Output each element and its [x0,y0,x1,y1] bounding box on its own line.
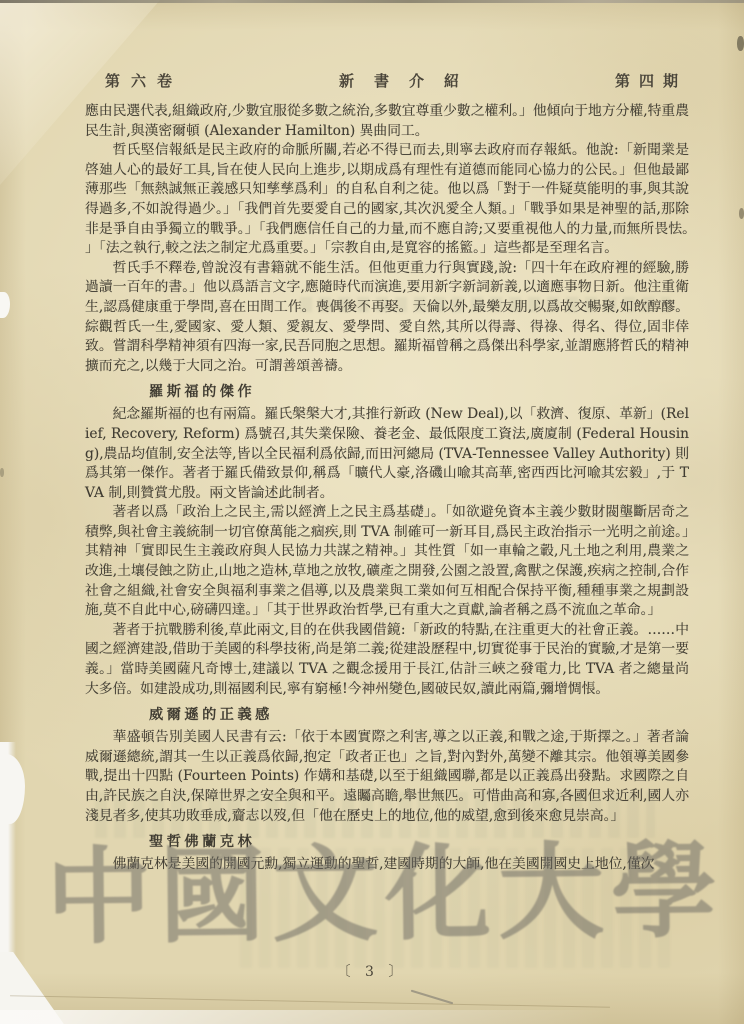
scan-speck [737,36,744,51]
page-content: 第六卷 新書介紹 第四期 應由民選代表,組織政府,少數宜服從多數之統治,多數宜尊… [85,70,689,875]
body-paragraph: 哲氏手不釋卷,曾說沒有書籍就不能生活。但他更重力行與實踐,說:「四十年在政府裡的… [85,259,689,377]
heading-wilson-justice: 威爾遜的正義感 [149,705,689,725]
journal-issue: 第四期 [615,70,687,91]
heading-sage-franklin: 聖哲佛蘭克林 [149,832,689,852]
scan-edge-line [0,0,744,3]
article-body: 應由民選代表,組織政府,少數宜服從多數之統治,多數宜尊重少數之權利。」他傾向于地… [85,102,689,875]
journal-section-title: 新書介紹 [183,70,615,91]
body-paragraph: 著者于抗戰勝利後,草此兩文,目的在供我國借鏡:「新政的特點,在注重更大的社會正義… [85,621,689,699]
paper-edge [0,1010,744,1024]
scanned-page: 第六卷 新書介紹 第四期 應由民選代表,組織政府,少數宜服從多數之統治,多數宜尊… [0,0,744,1024]
body-paragraph-continuation: 應由民選代表,組織政府,少數宜服從多數之統治,多數宜尊重少數之權利。」他傾向于地… [85,102,689,141]
body-paragraph: 哲氏堅信報紙是民主政府的命脈所關,若必不得已而去,則寧去政府而存報紙。他說:「新… [85,141,689,259]
journal-volume: 第六卷 [105,70,183,91]
scan-speck [739,208,744,219]
heading-roosevelt-masterpiece: 羅斯福的傑作 [149,382,689,402]
scan-speck [0,468,4,477]
body-paragraph: 紀念羅斯福的也有兩篇。羅氏槃槃大才,其推行新政 (New Deal),以「救濟、… [85,405,689,503]
body-paragraph: 佛蘭克林是美國的開國元勳,獨立運動的聖哲,建國時期的大師,他在美國開國史上地位,… [85,855,689,875]
running-header: 第六卷 新書介紹 第四期 [85,70,689,91]
page-number: 〔 3 〕 [0,961,744,981]
body-paragraph: 華盛頓告別美國人民書有云:「依于本國實際之利害,導之以正義,和戰之途,于斯擇之。… [85,728,689,826]
body-paragraph: 著者以爲「政治上之民主,需以經濟上之民主爲基礎」。「如欲避免資本主義少數財閥壟斷… [85,503,689,621]
